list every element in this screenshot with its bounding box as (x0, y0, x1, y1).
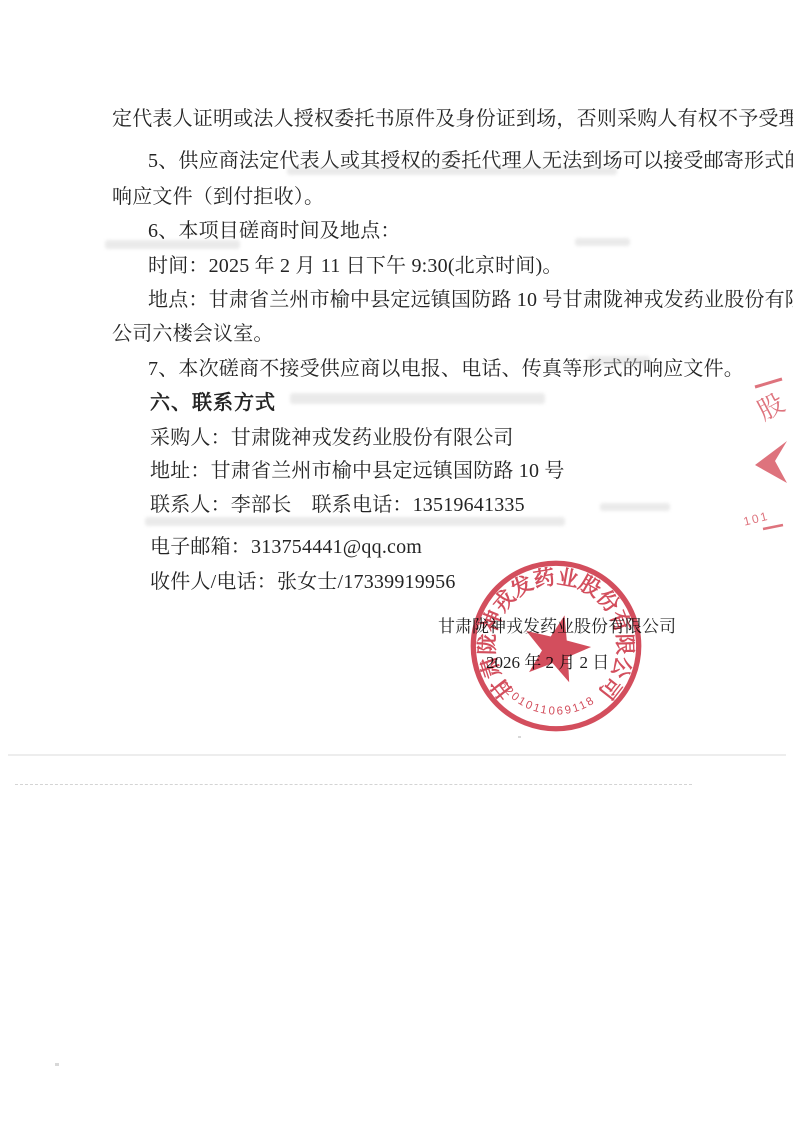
scan-smudge (105, 240, 240, 249)
fold-line (8, 754, 786, 756)
line-meeting-location-continuation: 公司六楼会议室。 (112, 321, 274, 347)
line-recipient-phone: 收件人/电话：张女士/17339919956 (150, 569, 456, 595)
fragment-stroke (755, 379, 782, 387)
line-address: 地址：甘肃省兰州市榆中县定远镇国防路 10 号 (150, 458, 565, 484)
fragment-underline-stroke (763, 525, 783, 529)
line-meeting-location: 地点：甘肃省兰州市榆中县定远镇国防路 10 号甘肃陇神戎发药业股份有限 (148, 287, 793, 313)
scanned-document-page: 定代表人证明或法人授权委托书原件及身份证到场，否则采购人有权不予受理。 5、供应… (0, 0, 793, 1122)
scan-speck (518, 736, 521, 738)
fragment-digits: 101 (742, 509, 771, 529)
line-email: 电子邮箱：313754441@qq.com (150, 534, 422, 560)
line-legal-rep-continuation: 定代表人证明或法人授权委托书原件及身份证到场，否则采购人有权不予受理。 (112, 106, 793, 132)
seal-star-icon (517, 607, 597, 685)
scan-smudge (290, 393, 545, 404)
scan-smudge (588, 356, 650, 365)
scan-smudge (600, 503, 670, 511)
partial-stamp-fragment: 股 101 (735, 373, 793, 535)
scan-smudge (575, 238, 630, 246)
scan-smudge (287, 167, 617, 175)
line-contact-person-phone: 联系人：李部长 联系电话：13519641335 (150, 492, 525, 518)
line-item-5-continuation: 响应文件（到付拒收）。 (112, 184, 324, 210)
company-seal-stamp: 甘肃陇神戎发药业股份有限公司 6201011069118 (468, 558, 644, 734)
heading-contact-info: 六、联系方式 (150, 390, 276, 416)
fold-line (15, 784, 692, 785)
fragment-star-icon (755, 441, 787, 483)
line-item-7: 7、本次磋商不接受供应商以电报、电话、传真等形式的响应文件。 (148, 356, 744, 382)
fragment-glyph: 股 (752, 387, 789, 426)
scan-smudge (145, 517, 565, 526)
line-meeting-time: 时间：2025 年 2 月 11 日下午 9:30(北京时间)。 (148, 253, 563, 279)
line-purchaser: 采购人：甘肃陇神戎发药业股份有限公司 (150, 425, 514, 451)
scan-speck (55, 1063, 59, 1066)
